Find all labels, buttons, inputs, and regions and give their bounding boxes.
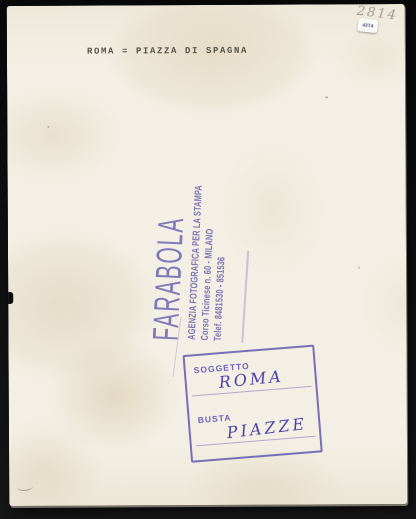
paper-speck — [358, 266, 360, 269]
archive-sticker: 4274 — [357, 18, 378, 33]
photo-back-paper: ROMA = PIAZZA DI SPAGNA 2814 4274 FARABO… — [7, 4, 408, 506]
paper-speck — [47, 126, 49, 128]
agency-details: AGENZIA FOTOGRAFICA PER LA STAMPA Corso … — [186, 192, 232, 342]
paper-speck — [325, 96, 328, 98]
paper-scratch-mark — [17, 482, 33, 491]
agency-name: FARABOLA — [150, 253, 186, 341]
archive-stamp-box: SOGGETTO ROMA BUSTA PIAZZE — [183, 345, 323, 463]
sticker-number: 4274 — [362, 23, 373, 29]
agency-ink-stamp: FARABOLA AGENZIA FOTOGRAFICA PER LA STAM… — [150, 190, 247, 344]
typed-caption: ROMA = PIAZZA DI SPAGNA — [87, 46, 248, 57]
paper-edge-notch — [8, 292, 13, 304]
